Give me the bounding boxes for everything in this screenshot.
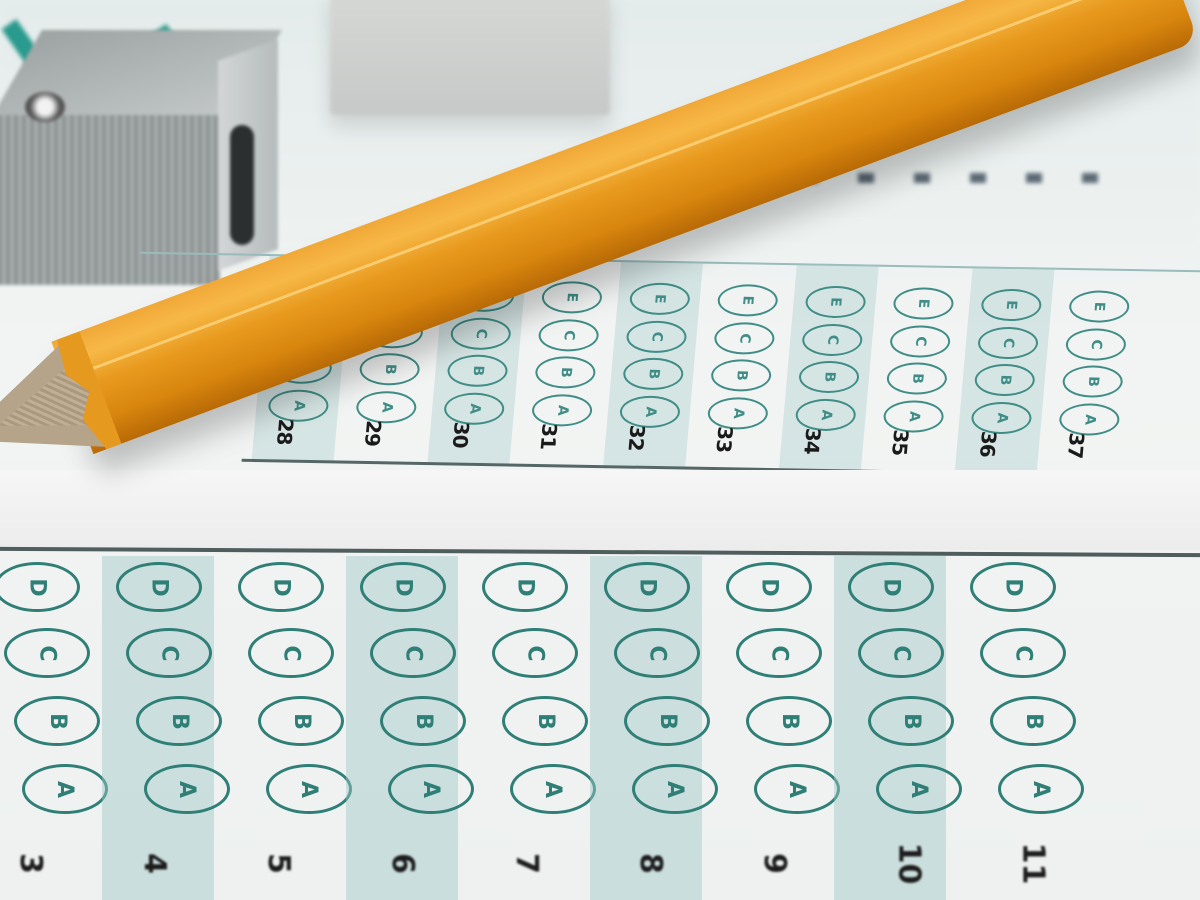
bubble-letter: E	[1003, 300, 1020, 310]
question-column: ABCE33	[691, 262, 791, 468]
answer-bubble[interactable]: B	[622, 357, 685, 390]
bubble-letter: B	[1021, 713, 1046, 730]
bubble-letter: E	[739, 295, 756, 305]
answer-bubble[interactable]: E	[804, 285, 867, 318]
question-number: 33	[711, 426, 737, 452]
bubble-letter: A	[466, 403, 483, 414]
answer-bubble[interactable]: A	[267, 389, 330, 422]
bubble-letter: A	[541, 780, 566, 797]
bubble-letter: C	[1087, 339, 1104, 350]
bubble-letter: C	[560, 330, 577, 341]
bubble-letter: A	[175, 780, 200, 797]
bubble-letter: B	[411, 713, 436, 730]
question-column: ABCD11	[956, 556, 1068, 900]
question-number: 29	[360, 420, 386, 446]
question-column: ABCD3	[0, 556, 92, 900]
answer-bubble[interactable]: B	[358, 353, 421, 386]
bubble-letter: B	[1084, 376, 1101, 387]
bubble-letter: D	[512, 578, 537, 596]
bubble-letter: D	[390, 578, 415, 596]
bubble-letter: C	[889, 645, 914, 661]
answer-bubble[interactable]: A	[632, 764, 718, 814]
answer-bubble[interactable]: A	[531, 394, 594, 427]
bubble-letter: E	[651, 294, 668, 304]
answer-bubble[interactable]: D	[116, 562, 202, 612]
question-column: ABCE36	[955, 266, 1055, 472]
bubble-letter: B	[645, 368, 662, 379]
bubble-letter: D	[24, 578, 49, 596]
question-number: 7	[509, 853, 544, 874]
answer-bubble[interactable]: A	[882, 400, 945, 433]
question-column: ABCD7	[468, 556, 580, 900]
answer-bubble[interactable]: B	[973, 363, 1036, 396]
answer-bubble[interactable]: C	[614, 628, 700, 678]
answer-bubble[interactable]: A	[794, 398, 857, 431]
question-column: ABCE35	[867, 265, 967, 471]
answer-bubble[interactable]: B	[446, 354, 509, 387]
bubble-letter: A	[1081, 414, 1098, 425]
question-number: 37	[1063, 432, 1089, 458]
bubble-letter: B	[533, 713, 558, 730]
answer-bubble[interactable]: C	[4, 628, 90, 678]
answer-bubble[interactable]: C	[370, 628, 456, 678]
question-number: 36	[975, 431, 1001, 457]
answer-bubble[interactable]: D	[726, 562, 812, 612]
answer-bubble[interactable]: A	[998, 764, 1084, 814]
answer-bubble[interactable]: A	[619, 395, 682, 428]
answer-bubble[interactable]: A	[22, 764, 108, 814]
bubble-letter: A	[663, 780, 688, 797]
bubble-letter: E	[827, 297, 844, 307]
bubble-letter: C	[736, 333, 753, 344]
bubble-letter: C	[1011, 645, 1036, 661]
answer-bubble[interactable]: E	[716, 284, 779, 317]
answer-bubble[interactable]: B	[990, 696, 1076, 746]
bubble-letter: A	[729, 408, 746, 419]
answer-bubble[interactable]: B	[710, 359, 773, 392]
answer-bubble[interactable]: E	[1068, 290, 1131, 323]
bubble-letter: A	[419, 780, 444, 797]
answer-bubble[interactable]: C	[449, 317, 512, 350]
answer-bubble[interactable]: B	[258, 696, 344, 746]
question-number: 35	[887, 429, 913, 455]
answer-bubble[interactable]: C	[977, 327, 1040, 360]
question-number: 8	[633, 853, 668, 874]
answer-bubble[interactable]: B	[14, 696, 100, 746]
answer-bubble[interactable]: E	[541, 281, 604, 314]
answer-section-lower: ABCD3ABCD4ABCD5ABCD6ABCD7ABCD8ABCD9ABCD1…	[0, 556, 1200, 900]
answer-bubble[interactable]: D	[360, 562, 446, 612]
question-column: ABCE34	[779, 263, 879, 469]
bubble-letter: D	[268, 578, 293, 596]
answer-bubble[interactable]: B	[136, 696, 222, 746]
bubble-letter: E	[564, 292, 581, 302]
question-number: 5	[261, 853, 296, 874]
question-number: 11	[1015, 843, 1050, 885]
question-column: ABCD10	[834, 556, 946, 900]
answer-bubble[interactable]: B	[534, 356, 597, 389]
bubble-letter: A	[53, 780, 78, 797]
question-column: ABCD8	[590, 556, 702, 900]
answer-bubble[interactable]: D	[0, 562, 80, 612]
bubble-letter: B	[167, 713, 192, 730]
bubble-letter: C	[645, 645, 670, 661]
answer-bubble[interactable]: B	[380, 696, 466, 746]
bubble-letter: B	[289, 713, 314, 730]
answer-bubble[interactable]: B	[502, 696, 588, 746]
bubble-letter: B	[908, 373, 925, 384]
bubble-letter: A	[1029, 780, 1054, 797]
question-number: 28	[272, 418, 298, 444]
answer-bubble[interactable]: A	[970, 401, 1033, 434]
answer-bubble[interactable]: A	[706, 397, 769, 430]
bubble-letter: B	[557, 367, 574, 378]
bubble-letter: D	[878, 578, 903, 596]
bubble-letter: A	[554, 405, 571, 416]
bubble-letter: C	[523, 645, 548, 661]
answer-bubble[interactable]: E	[892, 287, 955, 320]
bubble-letter: B	[899, 713, 924, 730]
question-number: 31	[536, 423, 562, 449]
answer-bubble[interactable]: E	[980, 289, 1043, 322]
answer-bubble[interactable]: C	[537, 319, 600, 352]
question-number: 34	[799, 428, 825, 454]
bubble-letter: D	[1000, 578, 1025, 596]
bubble-letter: C	[472, 329, 489, 340]
answer-bubble[interactable]: C	[625, 320, 688, 353]
bubble-letter: D	[634, 578, 659, 596]
bubble-letter: A	[641, 406, 658, 417]
bubble-letter: B	[655, 713, 680, 730]
answer-bubble[interactable]: C	[1065, 328, 1128, 361]
bubble-letter: C	[279, 645, 304, 661]
answer-bubble[interactable]: A	[355, 391, 418, 424]
question-column: ABCD5	[224, 556, 336, 900]
bubble-letter: E	[1091, 302, 1108, 312]
answer-bubble[interactable]: D	[238, 562, 324, 612]
bubble-letter: C	[35, 645, 60, 661]
bubble-letter: A	[993, 412, 1010, 423]
answer-bubble[interactable]: D	[482, 562, 568, 612]
pencil-sharpener	[0, 30, 250, 260]
bubble-letter: B	[777, 713, 802, 730]
bubble-letter: A	[907, 780, 932, 797]
bubble-letter: C	[157, 645, 182, 661]
bubble-letter: C	[401, 645, 426, 661]
answer-bubble[interactable]: C	[858, 628, 944, 678]
answer-bubble[interactable]: A	[1058, 403, 1121, 436]
question-column: ABCD4	[102, 556, 214, 900]
photo-scene: ABCE28ABCE29ABCE30ABCE31ABCE32ABCE33ABCE…	[0, 0, 1200, 900]
answer-bubble[interactable]: A	[388, 764, 474, 814]
question-column: ABCD6	[346, 556, 458, 900]
question-number: 6	[385, 853, 420, 874]
bubble-letter: D	[146, 578, 171, 596]
answer-bubble[interactable]: B	[746, 696, 832, 746]
bubble-letter: A	[378, 402, 395, 413]
answer-bubble[interactable]: C	[801, 323, 864, 356]
question-column: ABCE37	[1043, 268, 1143, 474]
answer-bubble[interactable]: C	[713, 322, 776, 355]
question-number: 9	[757, 853, 792, 874]
eraser	[330, 0, 610, 115]
question-column: ABCD9	[712, 556, 824, 900]
sharpener-hole	[230, 125, 254, 245]
bubble-letter: B	[733, 370, 750, 381]
bubble-letter: B	[45, 713, 70, 730]
bubble-letter: B	[996, 375, 1013, 386]
screw-icon	[25, 92, 65, 122]
answer-bubble[interactable]: A	[754, 764, 840, 814]
bubble-letter: D	[756, 578, 781, 596]
answer-bubble[interactable]: B	[624, 696, 710, 746]
bubble-letter: A	[785, 780, 810, 797]
answer-bubble[interactable]: C	[736, 628, 822, 678]
answer-bubble[interactable]: C	[126, 628, 212, 678]
answer-bubble[interactable]: D	[604, 562, 690, 612]
bubble-letter: C	[824, 335, 841, 346]
answer-bubble[interactable]: B	[886, 362, 949, 395]
answer-bubble[interactable]: A	[144, 764, 230, 814]
question-column: ABCE32	[603, 260, 703, 466]
answer-bubble[interactable]: C	[492, 628, 578, 678]
bubble-letter: A	[297, 780, 322, 797]
question-number: 10	[891, 843, 926, 885]
answer-bubble[interactable]: B	[1061, 365, 1124, 398]
answer-bubble[interactable]: D	[848, 562, 934, 612]
bubble-letter: C	[1000, 338, 1017, 349]
bubble-letter: C	[912, 336, 929, 347]
blank-band	[0, 470, 1200, 550]
question-number: 3	[13, 853, 48, 874]
answer-bubble[interactable]: A	[443, 392, 506, 425]
answer-bubble[interactable]: B	[868, 696, 954, 746]
answer-bubble[interactable]: E	[628, 282, 691, 315]
bubble-letter: A	[905, 411, 922, 422]
question-number: 32	[624, 425, 650, 451]
bubble-letter: E	[915, 299, 932, 309]
bubble-letter: B	[821, 371, 838, 382]
answer-bubble[interactable]: A	[876, 764, 962, 814]
answer-bubble[interactable]: A	[266, 764, 352, 814]
answer-bubble[interactable]: C	[889, 325, 952, 358]
question-number: 30	[448, 421, 474, 447]
answer-bubble[interactable]: A	[510, 764, 596, 814]
bubble-letter: C	[767, 645, 792, 661]
answer-bubble[interactable]: C	[980, 628, 1066, 678]
answer-bubble[interactable]: D	[970, 562, 1056, 612]
bubble-letter: A	[817, 409, 834, 420]
bubble-letter: B	[381, 364, 398, 375]
bubble-letter: B	[469, 365, 486, 376]
bubble-letter: A	[290, 400, 307, 411]
answer-bubble[interactable]: C	[248, 628, 334, 678]
bubble-letter: C	[648, 332, 665, 343]
question-number: 4	[137, 853, 172, 874]
answer-bubble[interactable]: B	[798, 360, 861, 393]
